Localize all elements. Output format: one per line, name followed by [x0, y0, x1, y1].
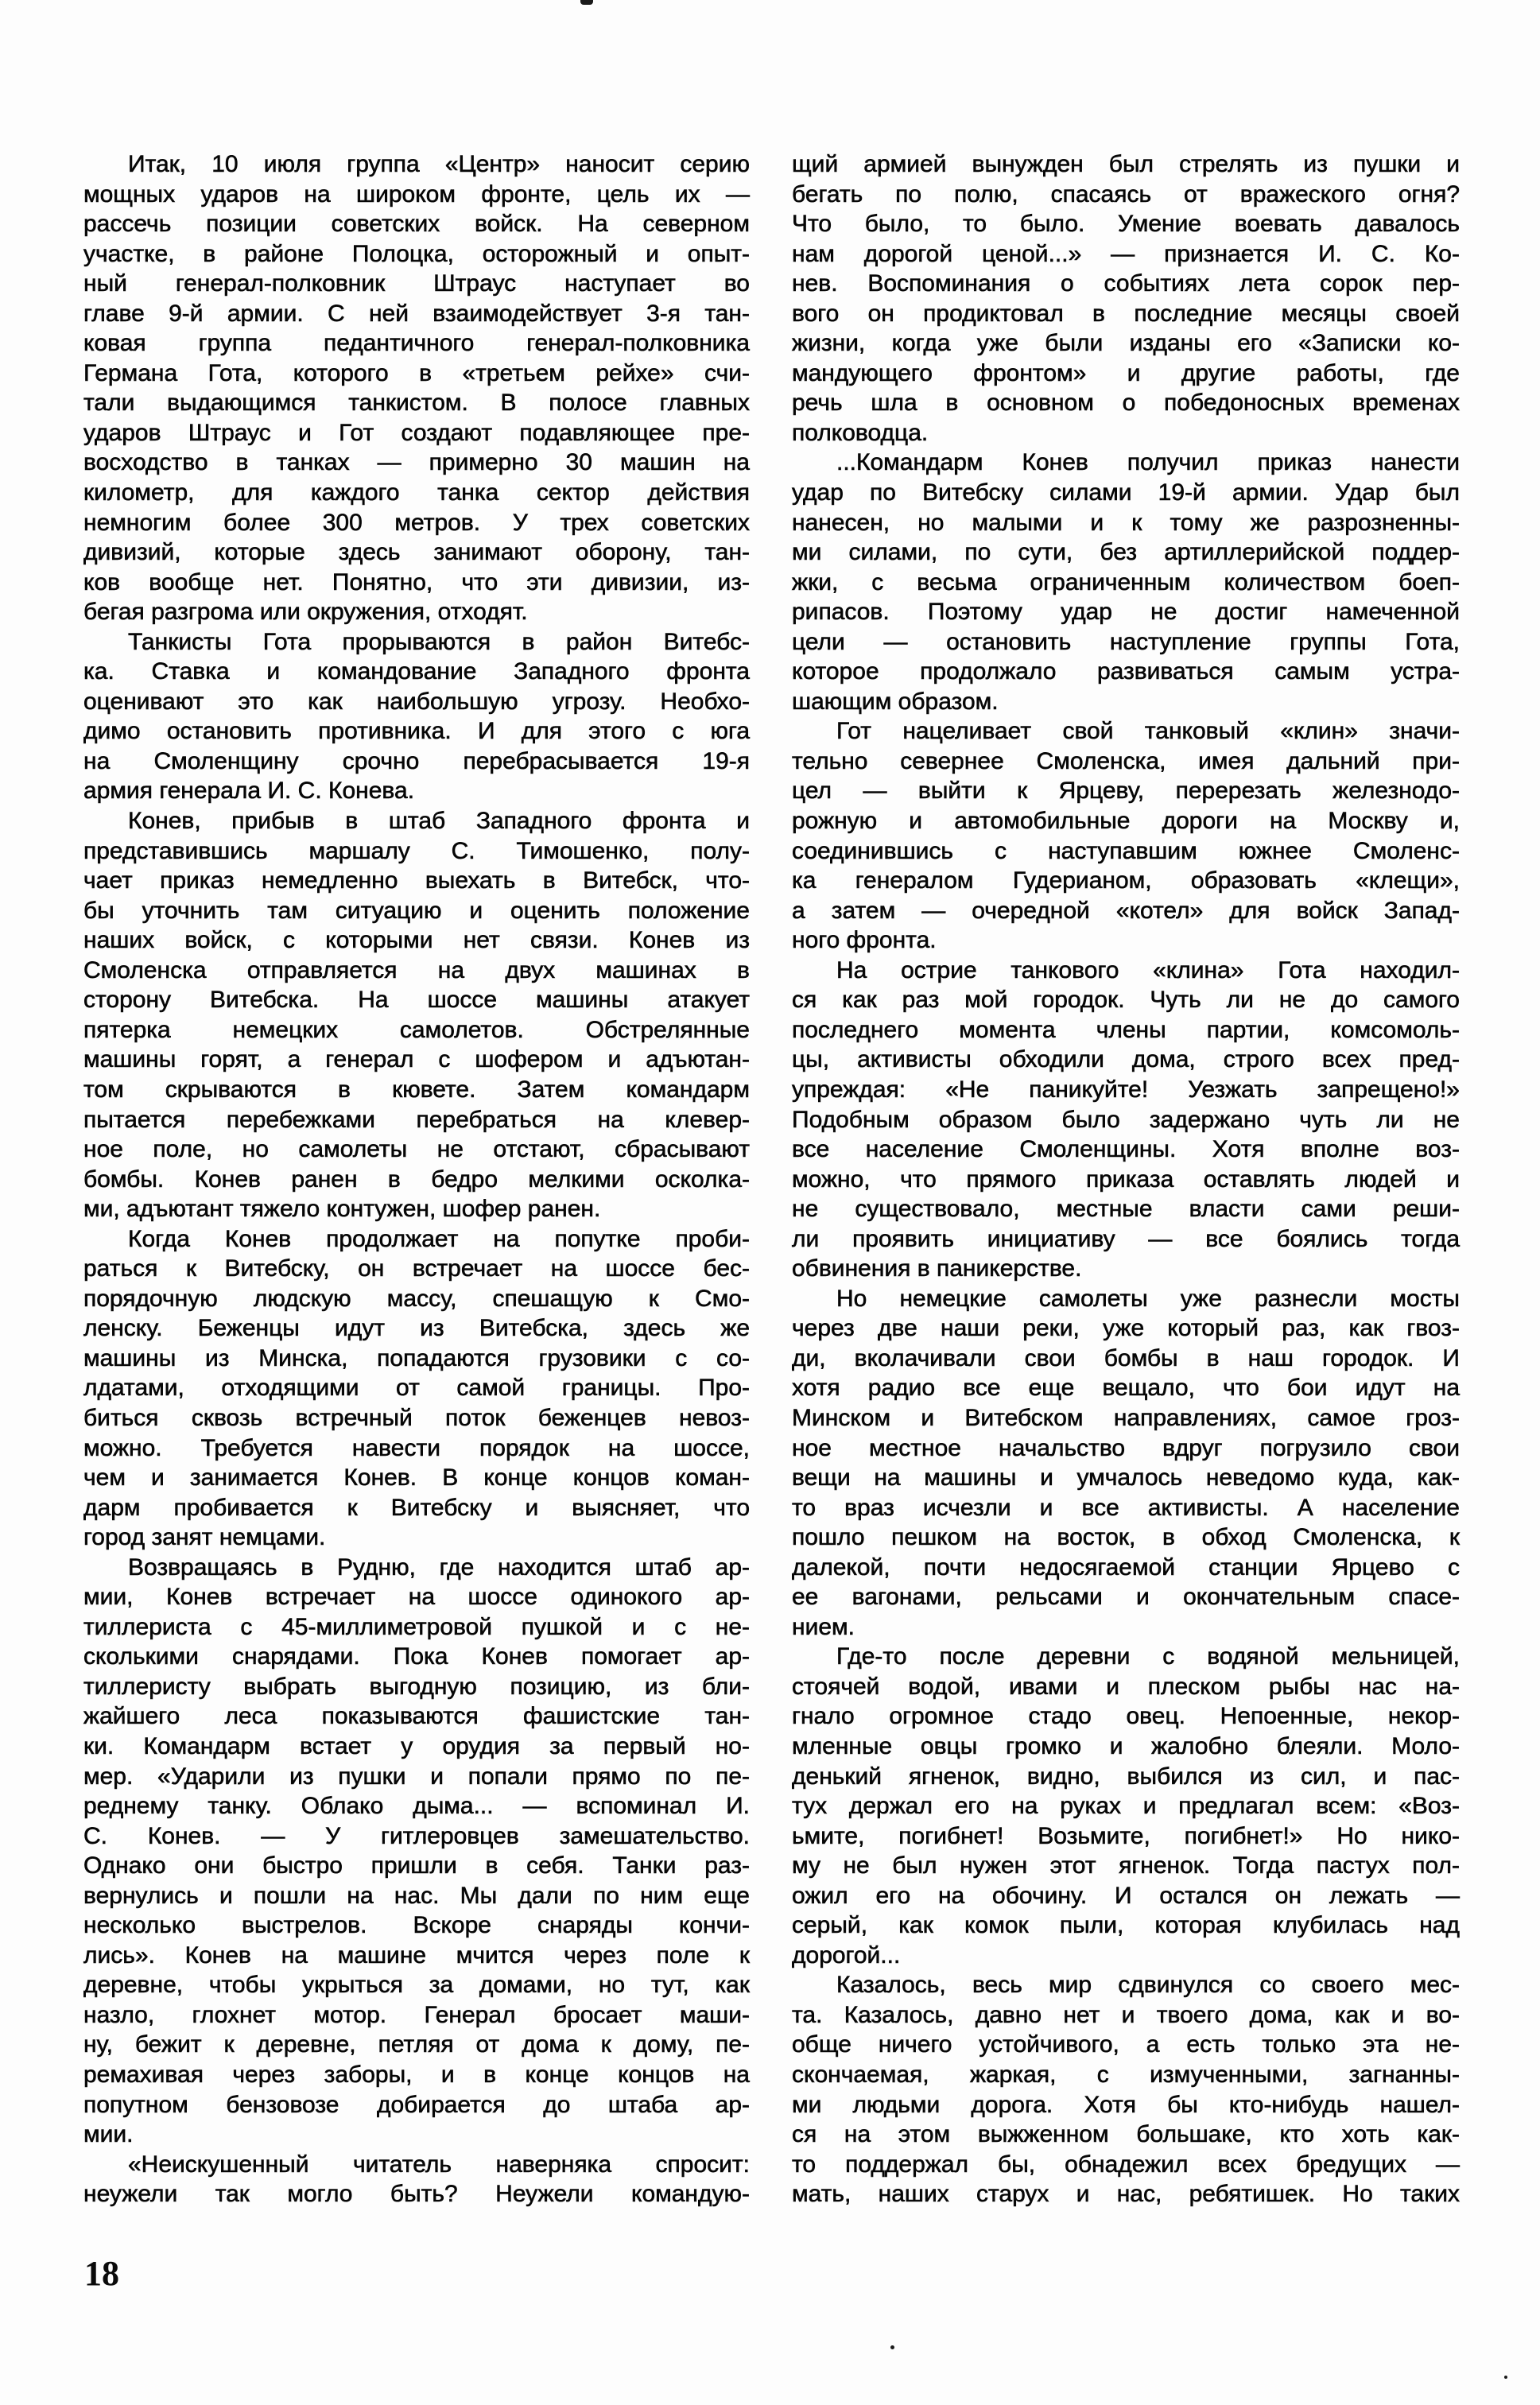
- paragraph: Казалось, весь мир сдвинулся со своего м…: [792, 1970, 1460, 2209]
- text-line: ное местное начальство вдруг погрузило с…: [792, 1433, 1460, 1464]
- text-line: димо остановить противника. И для этого …: [83, 716, 750, 747]
- text-line: «Неискушенный читатель наверняка спросит…: [83, 2150, 750, 2180]
- text-line: километр, для каждого танка сектор дейст…: [83, 478, 750, 508]
- text-line: ки. Командарм встает у орудия за первый …: [83, 1732, 750, 1762]
- text-line: последнего момента члены партии, комсомо…: [792, 1015, 1460, 1045]
- text-line: участке, в районе Полоцка, осторожный и …: [83, 239, 750, 270]
- text-line: денький ягненок, видно, выбился из сил, …: [792, 1762, 1460, 1792]
- text-line: Германа Гота, которого в «третьем рейхе»…: [83, 359, 750, 389]
- text-line: которое продолжало развиваться самым уст…: [792, 657, 1460, 687]
- text-line: сколькими снарядами. Пока Конев помогает…: [83, 1642, 750, 1672]
- paragraph: На острие танкового «клина» Гота находил…: [792, 956, 1460, 1284]
- text-line: биться сквозь встречный поток беженцев н…: [83, 1403, 750, 1433]
- text-line: нев. Воспоминания о событиях лета сорок …: [792, 269, 1460, 299]
- text-line: тельно севернее Смоленска, имея дальний …: [792, 747, 1460, 777]
- text-line: Но немецкие самолеты уже разнесли мосты: [792, 1284, 1460, 1314]
- text-line: ремахивая через заборы, и в конце концов…: [83, 2060, 750, 2090]
- text-line: чем и занимается Конев. В конце концов к…: [83, 1463, 750, 1493]
- text-line: ми, адъютант тяжело контужен, шофер ране…: [83, 1194, 750, 1224]
- text-line: бомбы. Конев ранен в бедро мелкими оскол…: [83, 1165, 750, 1195]
- text-line: Когда Конев продолжает на попутке проби-: [83, 1224, 750, 1255]
- text-line: то поддержал бы, обнадежил всех бредущих…: [792, 2150, 1460, 2180]
- text-line: ковая группа педантичного генерал-полков…: [83, 328, 750, 359]
- text-line: Конев, прибыв в штаб Западного фронта и: [83, 806, 750, 836]
- text-line: а затем — очередной «котел» для войск За…: [792, 896, 1460, 926]
- paragraph: Танкисты Гота прорываются в район Витебс…: [83, 627, 750, 806]
- text-line: ка генералом Гудерианом, образовать «кле…: [792, 866, 1460, 896]
- text-line: му не был нужен этот ягненок. Тогда паст…: [792, 1851, 1460, 1881]
- scan-artifact: [890, 2345, 894, 2349]
- text-line: порядочную людскую массу, спешащую к Смо…: [83, 1284, 750, 1314]
- text-line: том скрываются в кювете. Затем командарм: [83, 1075, 750, 1105]
- text-line: ка. Ставка и командование Западного фрон…: [83, 657, 750, 687]
- text-line: ми силами, по сути, без артиллерийской п…: [792, 537, 1460, 568]
- text-line: Что было, то было. Умение воевать давало…: [792, 209, 1460, 239]
- text-line: неужели так могло быть? Неужели командую…: [83, 2179, 750, 2209]
- text-line: На острие танкового «клина» Гота находил…: [792, 956, 1460, 986]
- text-line: реднему танку. Облако дыма... — вспомина…: [83, 1791, 750, 1821]
- text-line: Однако они быстро пришли в себя. Танки р…: [83, 1851, 750, 1881]
- text-line: жки, с весьма ограниченным количеством б…: [792, 568, 1460, 598]
- text-line: пошло пешком на восток, в обход Смоленск…: [792, 1523, 1460, 1553]
- text-line: ное поле, но самолеты не отстают, сбрасы…: [83, 1135, 750, 1165]
- scan-artifact: [580, 0, 593, 5]
- text-line: тух держал его на руках и предлагал всем…: [792, 1791, 1460, 1821]
- paragraph: Но немецкие самолеты уже разнесли мостыч…: [792, 1284, 1460, 1643]
- text-line: Где-то после деревни с водяной мельницей…: [792, 1642, 1460, 1672]
- text-line: Итак, 10 июля группа «Центр» наносит сер…: [83, 149, 750, 180]
- text-line: ее вагонами, рельсами и окончательным сп…: [792, 1582, 1460, 1612]
- text-line: нием.: [792, 1612, 1460, 1643]
- text-line: пятерка немецких самолетов. Обстрелянные: [83, 1015, 750, 1045]
- text-line: скончаемая, жаркая, с измученными, загна…: [792, 2060, 1460, 2090]
- text-line: ...Командарм Конев получил приказ нанест…: [792, 448, 1460, 478]
- text-line: бегая разгрома или окружения, отходят.: [83, 597, 750, 627]
- text-line: жайшего леса показываются фашистские тан…: [83, 1701, 750, 1732]
- text-line: ожил его на обочину. И остался он лежать…: [792, 1881, 1460, 1911]
- text-line: мер. «Ударили из пушки и попали прямо по…: [83, 1762, 750, 1792]
- text-line: мандующего фронтом» и другие работы, где: [792, 359, 1460, 389]
- text-line: мленные овцы громко и жалобно блеяли. Мо…: [792, 1732, 1460, 1762]
- text-line: гнало огромное стадо овец. Непоенные, не…: [792, 1701, 1460, 1732]
- text-line: деревне, чтобы укрыться за домами, но ту…: [83, 1970, 750, 2000]
- text-line: Казалось, весь мир сдвинулся со своего м…: [792, 1970, 1460, 2000]
- paragraph: Гот нацеливает свой танковый «клин» знач…: [792, 716, 1460, 955]
- text-line: мии.: [83, 2120, 750, 2150]
- text-line: ли проявить инициативу — все боялись тог…: [792, 1224, 1460, 1255]
- text-line: ков вообще нет. Понятно, что эти дивизии…: [83, 568, 750, 598]
- text-line: жизни, когда уже были изданы его «Записк…: [792, 328, 1460, 359]
- text-line: обвинения в паникерстве.: [792, 1254, 1460, 1284]
- text-line: главе 9-й армии. С ней взаимодействует 3…: [83, 299, 750, 329]
- text-line: ный генерал-полковник Штраус наступает в…: [83, 269, 750, 299]
- text-line: можно, что прямого приказа оставлять люд…: [792, 1165, 1460, 1195]
- text-line: тали выдающимся танкистом. В полосе глав…: [83, 388, 750, 418]
- text-line: Минском и Витебском направлениях, самое …: [792, 1403, 1460, 1433]
- text-line: нанесен, но малыми и к тому же разрознен…: [792, 508, 1460, 538]
- text-line: через две наши реки, уже который раз, ка…: [792, 1313, 1460, 1344]
- text-line: дивизий, которые здесь занимают оборону,…: [83, 537, 750, 568]
- text-line: ну, бежит к деревне, петляя от дома к до…: [83, 2030, 750, 2060]
- text-line: город занят немцами.: [83, 1523, 750, 1553]
- text-line: на Смоленщину срочно перебрасывается 19-…: [83, 747, 750, 777]
- text-line: все население Смоленщины. Хотя вполне во…: [792, 1135, 1460, 1165]
- text-line: сторону Витебска. На шоссе машины атакуе…: [83, 985, 750, 1015]
- text-line: машины горят, а генерал с шофером и адъю…: [83, 1045, 750, 1075]
- text-line: рожную и автомобильные дороги на Москву …: [792, 806, 1460, 836]
- text-line: нам дорогой ценой...» — признается И. С.…: [792, 239, 1460, 270]
- text-line: лдатами, отходящими от самой границы. Пр…: [83, 1373, 750, 1403]
- text-line: попутном бензовозе добирается до штаба а…: [83, 2090, 750, 2120]
- text-line: мощных ударов на широком фронте, цель их…: [83, 180, 750, 210]
- text-line: Смоленска отправляется на двух машинах в: [83, 956, 750, 986]
- paragraph: Возвращаясь в Рудню, где находится штаб …: [83, 1553, 750, 2150]
- text-line: мии, Конев встречает на шоссе одинокого …: [83, 1582, 750, 1612]
- text-line: рипасов. Поэтому удар не достиг намеченн…: [792, 597, 1460, 627]
- text-line: цы, активисты обходили дома, строго всех…: [792, 1045, 1460, 1075]
- text-line: ленску. Беженцы идут из Витебска, здесь …: [83, 1313, 750, 1344]
- paragraph: Когда Конев продолжает на попутке проби-…: [83, 1224, 750, 1553]
- text-line: армия генерала И. С. Конева.: [83, 776, 750, 806]
- text-line: обще ничего устойчивого, а есть только э…: [792, 2030, 1460, 2060]
- text-line: тиллериста с 45-миллиметровой пушкой и с…: [83, 1612, 750, 1643]
- text-line: речь шла в основном о победоносных време…: [792, 388, 1460, 418]
- scanned-book-page: Итак, 10 июля группа «Центр» наносит сер…: [0, 0, 1540, 2405]
- text-line: далекой, почти недосягаемой станции Ярце…: [792, 1553, 1460, 1583]
- text-line: чает приказ немедленно выехать в Витебск…: [83, 866, 750, 896]
- paragraph: «Неискушенный читатель наверняка спросит…: [83, 2150, 750, 2209]
- text-line: наших войск, с которыми нет связи. Конев…: [83, 925, 750, 956]
- paragraph: Итак, 10 июля группа «Центр» наносит сер…: [83, 149, 750, 627]
- text-line: Танкисты Гота прорываются в район Витебс…: [83, 627, 750, 657]
- text-line: вого он продиктовал в последние месяцы с…: [792, 299, 1460, 329]
- page-number: 18: [84, 2256, 119, 2291]
- text-line: Подобным образом было задержано чуть ли …: [792, 1105, 1460, 1135]
- text-line: серый, как комок пыли, которая клубилась…: [792, 1910, 1460, 1941]
- text-line: дорогой...: [792, 1941, 1460, 1971]
- text-line: ьмите, погибнет! Возьмите, погибнет!» Но…: [792, 1821, 1460, 1852]
- text-line: цел — выйти к Ярцеву, перерезать железно…: [792, 776, 1460, 806]
- text-line: лись». Конев на машине мчится через поле…: [83, 1941, 750, 1971]
- text-line: ди, вколачивали свои бомбы в наш городок…: [792, 1344, 1460, 1374]
- text-line: соединившись с наступавшим южнее Смоленс…: [792, 836, 1460, 867]
- text-line: немногим более 300 метров. У трех советс…: [83, 508, 750, 538]
- text-line: ся как раз мой городок. Чуть ли не до са…: [792, 985, 1460, 1015]
- paragraph: ...Командарм Конев получил приказ нанест…: [792, 448, 1460, 716]
- text-line: восходство в танках — примерно 30 машин …: [83, 448, 750, 478]
- text-line: вернулись и пошли на нас. Мы дали по ним…: [83, 1881, 750, 1911]
- text-line: раться к Витебску, он встречает на шоссе…: [83, 1254, 750, 1284]
- text-line: то враз исчезли и все активисты. А насел…: [792, 1493, 1460, 1523]
- text-line: та. Казалось, давно нет и твоего дома, к…: [792, 2000, 1460, 2031]
- text-line: представившись маршалу С. Тимошенко, пол…: [83, 836, 750, 867]
- text-line: вещи на машины и умчалось неведомо куда,…: [792, 1463, 1460, 1493]
- text-line: несколько выстрелов. Вскоре снаряды конч…: [83, 1910, 750, 1941]
- text-line: ми людьми дорога. Хотя бы кто-нибудь наш…: [792, 2090, 1460, 2120]
- text-line: назло, глохнет мотор. Генерал бросает ма…: [83, 2000, 750, 2031]
- text-line: хотя радио все еще вещало, что бои идут …: [792, 1373, 1460, 1403]
- text-column-left: Итак, 10 июля группа «Центр» наносит сер…: [83, 149, 750, 2209]
- text-line: дарм пробивается к Витебску и выясняет, …: [83, 1493, 750, 1523]
- text-line: оценивают это как наибольшую угрозу. Нео…: [83, 687, 750, 717]
- text-line: бы уточнить там ситуацию и оценить полож…: [83, 896, 750, 926]
- text-line: ся на этом выжженном большаке, кто хоть …: [792, 2120, 1460, 2150]
- text-line: удар по Витебску силами 19-й армии. Удар…: [792, 478, 1460, 508]
- text-line: цели — остановить наступление группы Гот…: [792, 627, 1460, 657]
- text-line: ударов Штраус и Гот создают подавляющее …: [83, 418, 750, 448]
- text-line: щий армией вынужден был стрелять из пушк…: [792, 149, 1460, 180]
- paragraph: щий армией вынужден был стрелять из пушк…: [792, 149, 1460, 448]
- text-line: бегать по полю, спасаясь от вражеского о…: [792, 180, 1460, 210]
- text-line: С. Конев. — У гитлеровцев замешательство…: [83, 1821, 750, 1852]
- text-line: мать, наших старух и нас, ребятишек. Но …: [792, 2179, 1460, 2209]
- text-line: Гот нацеливает свой танковый «клин» знач…: [792, 716, 1460, 747]
- scan-artifact: [1504, 2376, 1507, 2379]
- text-line: шающим образом.: [792, 687, 1460, 717]
- text-line: тиллеристу выбрать выгодную позицию, из …: [83, 1672, 750, 1702]
- text-line: ного фронта.: [792, 925, 1460, 956]
- text-line: полководца.: [792, 418, 1460, 448]
- text-line: машины из Минска, попадаются грузовики с…: [83, 1344, 750, 1374]
- text-column-right: щий армией вынужден был стрелять из пушк…: [792, 149, 1460, 2209]
- text-line: рассечь позиции советских войск. На севе…: [83, 209, 750, 239]
- text-line: пытается перебежками перебраться на клев…: [83, 1105, 750, 1135]
- text-line: стоячей водой, ивами и плеском рыбы нас …: [792, 1672, 1460, 1702]
- text-line: упреждая: «Не паникуйте! Уезжать запреще…: [792, 1075, 1460, 1105]
- paragraph: Конев, прибыв в штаб Западного фронта ип…: [83, 806, 750, 1224]
- text-line: не существовало, местные власти сами реш…: [792, 1194, 1460, 1224]
- text-line: Возвращаясь в Рудню, где находится штаб …: [83, 1553, 750, 1583]
- text-line: можно. Требуется навести порядок на шосс…: [83, 1433, 750, 1464]
- paragraph: Где-то после деревни с водяной мельницей…: [792, 1642, 1460, 1970]
